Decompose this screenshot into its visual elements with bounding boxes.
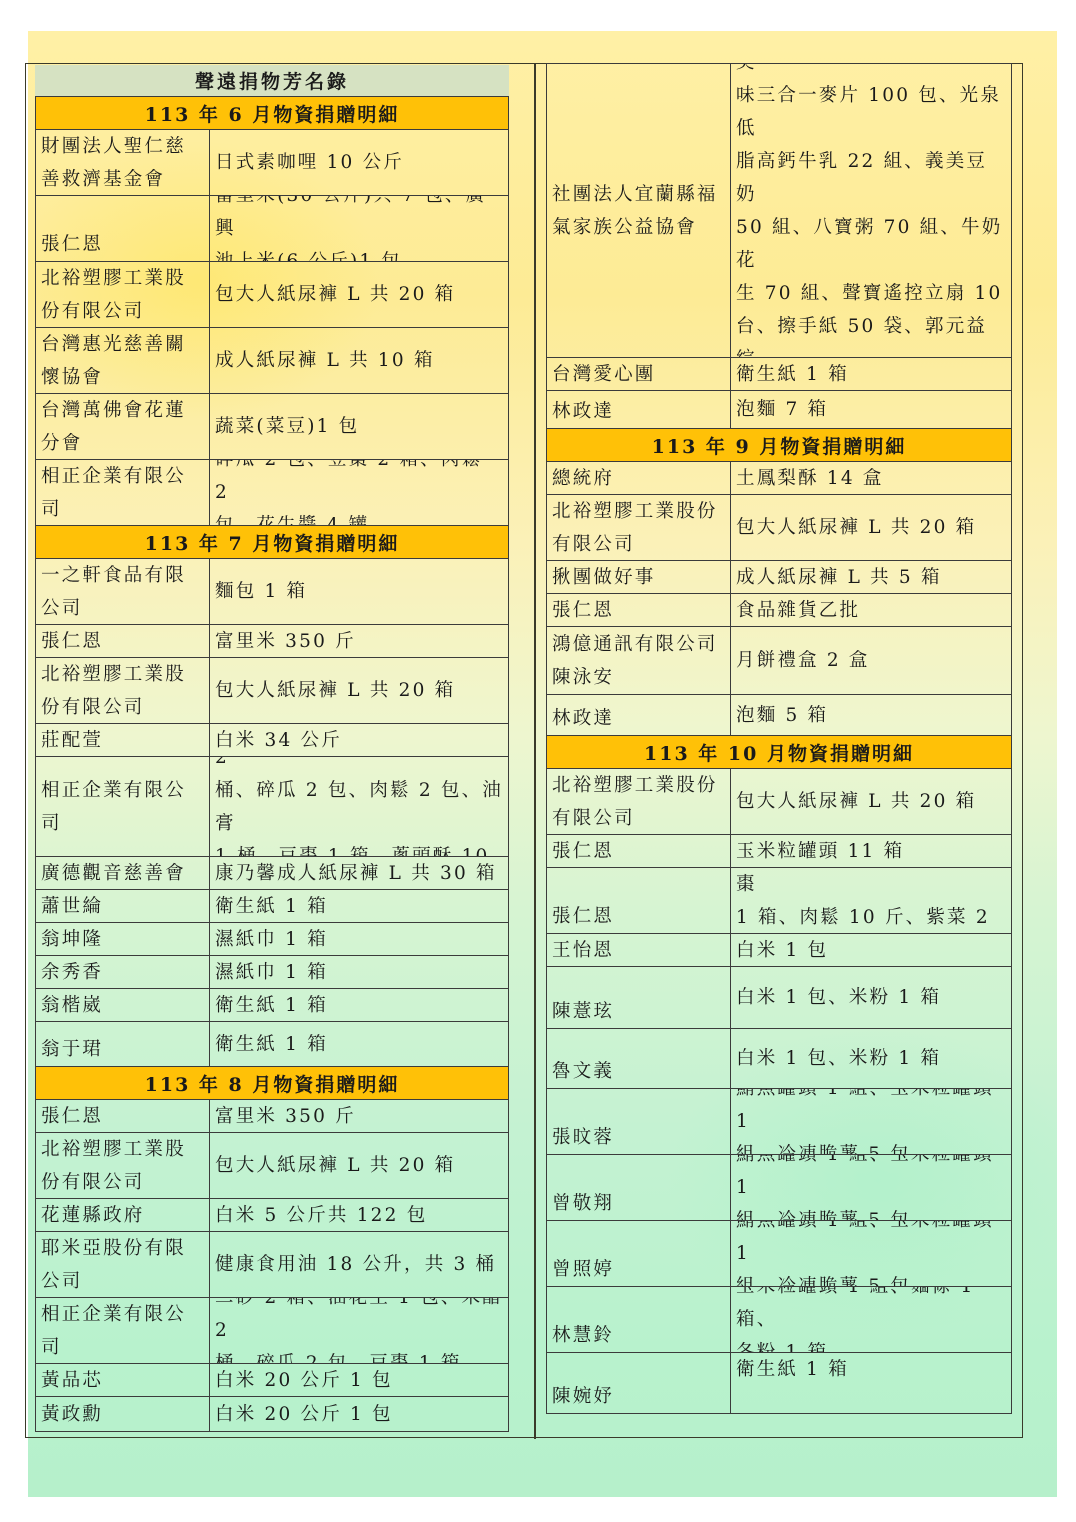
donor-name: 余秀香 bbox=[35, 956, 210, 988]
table-row: 北裕塑膠工業股 份有限公司 包大人紙尿褲 L 共 20 箱 bbox=[35, 658, 509, 724]
donated-items: 成人紙尿褲 L 共 5 箱 bbox=[731, 561, 1012, 593]
donor-name: 曾照婷 bbox=[546, 1221, 731, 1286]
donated-items: 濕紙巾 1 箱 bbox=[210, 923, 509, 955]
donor-name: 北裕塑膠工業股 份有限公司 bbox=[35, 1133, 210, 1198]
table-row: 相正企業有限公 司 碎瓜 2 包、豆棗 2 箱、肉鬆 2 包、花生醬 4 罐 bbox=[35, 460, 509, 526]
donated-items: 白米 1 包、米粉 1 箱 bbox=[731, 1029, 1012, 1088]
donor-name: 張仁恩 bbox=[546, 835, 731, 867]
donor-name: 林政達 bbox=[546, 695, 731, 735]
donated-items: 白米 34 公斤 bbox=[210, 724, 509, 756]
donor-name: 黃政勳 bbox=[35, 1397, 210, 1431]
table-row: 台灣萬佛會花蓮 分會 蔬菜(菜豆)1 包 bbox=[35, 394, 509, 460]
table-row: 相正企業有限公 司 二砂 2 箱、沙拉油 2 桶、米醋 2 桶、碎瓜 2 包、肉… bbox=[35, 757, 509, 857]
donated-items: 泡麵 7 箱 bbox=[731, 391, 1012, 428]
donated-items: 包大人紙尿褲 L 共 20 箱 bbox=[731, 769, 1012, 834]
table-row: 莊配萱 白米 34 公斤 bbox=[35, 724, 509, 757]
table-row: 北裕塑膠工業股 份有限公司 包大人紙尿褲 L 共 20 箱 bbox=[35, 1133, 509, 1199]
table-row: 張仁恩 富里米 350 斤 bbox=[35, 1100, 509, 1133]
table-row: 財團法人聖仁慈 善救濟基金會 日式素咖哩 10 公斤 bbox=[35, 130, 509, 196]
table-row: 北裕塑膠工業股 份有限公司 包大人紙尿褲 L 共 20 箱 bbox=[35, 262, 509, 328]
donated-items: 健康食用油 18 公升，共 3 桶 bbox=[210, 1232, 509, 1297]
donated-items: 衛生紙 1 箱 bbox=[210, 989, 509, 1021]
donor-name: 張仁恩 bbox=[546, 868, 731, 933]
table-row: 北裕塑膠工業股份 有限公司 包大人紙尿褲 L 共 20 箱 bbox=[546, 769, 1012, 835]
donor-name: 莊配萱 bbox=[35, 724, 210, 756]
table-row: 林政達 泡麵 7 箱 bbox=[546, 391, 1012, 429]
donor-name: 財團法人聖仁慈 善救濟基金會 bbox=[35, 130, 210, 195]
donor-name: 張仁恩 bbox=[35, 625, 210, 657]
table-row: 台灣惠光慈善關 懷協會 成人紙尿褲 L 共 10 箱 bbox=[35, 328, 509, 394]
month-header-july: 113 年 7 月物資捐贈明細 bbox=[35, 526, 509, 559]
donated-items: 鮪魚罐頭 1 組、玉米粒罐頭 1 組、冷凍脆薯 5 包 bbox=[731, 1155, 1012, 1220]
donated-items: 二砂 2 箱、油花生 1 包、米醋 2 桶、碎瓜 2 包、豆棗 1 箱 bbox=[210, 1298, 509, 1363]
left-column: 聲遠捐物芳名錄 113 年 6 月物資捐贈明細 財團法人聖仁慈 善救濟基金會 日… bbox=[35, 65, 509, 1432]
table-row: 張仁恩 富里米 350 斤 bbox=[35, 625, 509, 658]
table-row: 總統府 土鳳梨酥 14 盒 bbox=[546, 462, 1012, 495]
table-row: 魯文義 白米 1 包、米粉 1 箱 bbox=[546, 1029, 1012, 1089]
donated-items: 月餅禮盒 2 盒 bbox=[731, 627, 1012, 694]
donated-items: 白米 1 包 bbox=[731, 934, 1012, 966]
donor-name: 王怡恩 bbox=[546, 934, 731, 966]
table-row: 林慧鈴 玉米粒罐頭 1 組、麵條 1 箱、 冬粉 1 箱 bbox=[546, 1287, 1012, 1353]
table-row: 曾敬翔 鮪魚罐頭 1 組、玉米粒罐頭 1 組、冷凍脆薯 5 包 bbox=[546, 1155, 1012, 1221]
donor-name: 翁坤隆 bbox=[35, 923, 210, 955]
donated-items: 衛生紙 1 箱 bbox=[210, 1022, 509, 1066]
right-column: 社團法人宜蘭縣福 氣家族公益協會 好奇超純水濕巾 100 袋、桂格 每日營養穀珍… bbox=[546, 63, 1012, 1414]
donor-name: 花蓮縣政府 bbox=[35, 1199, 210, 1231]
donor-name: 蕭世綸 bbox=[35, 890, 210, 922]
table-row: 蕭世綸 衛生紙 1 箱 bbox=[35, 890, 509, 923]
donated-items: 白米 5 公斤共 122 包 bbox=[210, 1199, 509, 1231]
donated-items: 好奇超純水濕巾 100 袋、桂格 每日營養穀珍 100 包、桂格美 味三合一麥片… bbox=[731, 64, 1012, 357]
table-row: 陳婉妤 衛生紙 1 箱 bbox=[546, 1353, 1012, 1414]
month-header-june: 113 年 6 月物資捐贈明細 bbox=[35, 97, 509, 130]
table-row: 揪團做好事 成人紙尿褲 L 共 5 箱 bbox=[546, 561, 1012, 594]
donor-name: 張仁恩 bbox=[35, 196, 210, 261]
donor-name: 一之軒食品有限 公司 bbox=[35, 559, 210, 624]
table-row: 王怡恩 白米 1 包 bbox=[546, 934, 1012, 967]
donor-name: 鴻億通訊有限公司 陳泳安 bbox=[546, 627, 731, 694]
donor-name: 張仁恩 bbox=[546, 594, 731, 626]
donated-items: 土鳳梨酥 14 盒 bbox=[731, 462, 1012, 494]
donor-name: 總統府 bbox=[546, 462, 731, 494]
document-title-text: 聲遠捐物芳名錄 bbox=[195, 67, 349, 94]
table-row: 黃政勳 白米 20 公斤 1 包 bbox=[35, 1397, 509, 1432]
donated-items: 衛生紙 1 箱 bbox=[731, 358, 1012, 390]
donated-items: 成人紙尿褲 L 共 10 箱 bbox=[210, 328, 509, 393]
donated-items: 鮪魚罐頭 1 組、玉米粒罐頭 1 組、冷凍脆薯 5 包 bbox=[731, 1089, 1012, 1154]
donor-name: 林慧鈴 bbox=[546, 1287, 731, 1352]
table-row: 翁楷崴 衛生紙 1 箱 bbox=[35, 989, 509, 1022]
donated-items: 鮪魚罐頭 1 組、玉米粒罐頭 1 組、冷凍脆薯 5 包 bbox=[731, 1221, 1012, 1286]
donated-items: 包大人紙尿褲 L 共 20 箱 bbox=[210, 262, 509, 327]
donated-items: 康乃馨成人紙尿褲 L 共 30 箱 bbox=[210, 857, 509, 889]
table-row: 翁坤隆 濕紙巾 1 箱 bbox=[35, 923, 509, 956]
donor-name: 陳婉妤 bbox=[546, 1353, 731, 1413]
table-row: 台灣愛心團 衛生紙 1 箱 bbox=[546, 358, 1012, 391]
donor-name: 北裕塑膠工業股份 有限公司 bbox=[546, 495, 731, 560]
donated-items: 富里米 350 斤 bbox=[210, 1100, 509, 1132]
donor-name: 廣德觀音慈善會 bbox=[35, 857, 210, 889]
donor-name: 翁于珺 bbox=[35, 1022, 210, 1066]
column-divider bbox=[534, 63, 536, 1439]
donated-items: 包大人紙尿褲 L 共 20 箱 bbox=[731, 495, 1012, 560]
donor-name: 揪團做好事 bbox=[546, 561, 731, 593]
donated-items: 碎瓜 3 包、花生醬 2 罐、豆棗 1 箱、肉鬆 10 斤、紫菜 2 包 bbox=[731, 868, 1012, 933]
donor-name: 台灣惠光慈善關 懷協會 bbox=[35, 328, 210, 393]
donated-items: 白米 1 包、米粉 1 箱 bbox=[731, 967, 1012, 1028]
donated-items: 富里米(30 公斤)共 7 包、廣興 池上米(6 公斤)1 包 bbox=[210, 196, 509, 261]
table-row: 一之軒食品有限 公司 麵包 1 箱 bbox=[35, 559, 509, 625]
donated-items: 日式素咖哩 10 公斤 bbox=[210, 130, 509, 195]
month-header-september: 113 年 9 月物資捐贈明細 bbox=[546, 429, 1012, 462]
donor-name: 社團法人宜蘭縣福 氣家族公益協會 bbox=[546, 64, 731, 357]
donated-items: 二砂 2 箱、沙拉油 2 桶、米醋 2 桶、碎瓜 2 包、肉鬆 2 包、油膏 1… bbox=[210, 757, 509, 856]
donated-items: 玉米粒罐頭 1 組、麵條 1 箱、 冬粉 1 箱 bbox=[731, 1287, 1012, 1352]
donated-items: 濕紙巾 1 箱 bbox=[210, 956, 509, 988]
table-row: 花蓮縣政府 白米 5 公斤共 122 包 bbox=[35, 1199, 509, 1232]
donated-items: 富里米 350 斤 bbox=[210, 625, 509, 657]
donated-items: 泡麵 5 箱 bbox=[731, 695, 1012, 735]
donated-items: 白米 20 公斤 1 包 bbox=[210, 1397, 509, 1431]
donor-name: 台灣愛心團 bbox=[546, 358, 731, 390]
table-row: 耶米亞股份有限 公司 健康食用油 18 公升，共 3 桶 bbox=[35, 1232, 509, 1298]
table-row: 張仁恩 玉米粒罐頭 11 箱 bbox=[546, 835, 1012, 868]
donated-items: 衛生紙 1 箱 bbox=[210, 890, 509, 922]
table-row: 北裕塑膠工業股份 有限公司 包大人紙尿褲 L 共 20 箱 bbox=[546, 495, 1012, 561]
donor-name: 翁楷崴 bbox=[35, 989, 210, 1021]
table-row: 曾照婷 鮪魚罐頭 1 組、玉米粒罐頭 1 組、冷凍脆薯 5 包 bbox=[546, 1221, 1012, 1287]
donated-items: 蔬菜(菜豆)1 包 bbox=[210, 394, 509, 459]
donor-name: 相正企業有限公 司 bbox=[35, 757, 210, 856]
donor-name: 北裕塑膠工業股 份有限公司 bbox=[35, 262, 210, 327]
document-title: 聲遠捐物芳名錄 bbox=[35, 65, 509, 97]
table-row: 張仁恩 富里米(30 公斤)共 7 包、廣興 池上米(6 公斤)1 包 bbox=[35, 196, 509, 262]
table-row: 張旼蓉 鮪魚罐頭 1 組、玉米粒罐頭 1 組、冷凍脆薯 5 包 bbox=[546, 1089, 1012, 1155]
month-header-august: 113 年 8 月物資捐贈明細 bbox=[35, 1067, 509, 1100]
table-row: 鴻億通訊有限公司 陳泳安 月餅禮盒 2 盒 bbox=[546, 627, 1012, 695]
donated-items: 包大人紙尿褲 L 共 20 箱 bbox=[210, 658, 509, 723]
donor-name: 陳薏玹 bbox=[546, 967, 731, 1028]
donated-items: 麵包 1 箱 bbox=[210, 559, 509, 624]
donor-name: 曾敬翔 bbox=[546, 1155, 731, 1220]
table-row: 相正企業有限公 司 二砂 2 箱、油花生 1 包、米醋 2 桶、碎瓜 2 包、豆… bbox=[35, 1298, 509, 1364]
table-row: 林政達 泡麵 5 箱 bbox=[546, 695, 1012, 736]
table-row: 社團法人宜蘭縣福 氣家族公益協會 好奇超純水濕巾 100 袋、桂格 每日營養穀珍… bbox=[546, 63, 1012, 358]
donated-items: 衛生紙 1 箱 bbox=[731, 1353, 1012, 1413]
table-row: 陳薏玹 白米 1 包、米粉 1 箱 bbox=[546, 967, 1012, 1029]
table-row: 張仁恩 食品雜貨乙批 bbox=[546, 594, 1012, 627]
donor-name: 魯文義 bbox=[546, 1029, 731, 1088]
donated-items: 碎瓜 2 包、豆棗 2 箱、肉鬆 2 包、花生醬 4 罐 bbox=[210, 460, 509, 525]
donor-name: 林政達 bbox=[546, 391, 731, 428]
table-row: 翁于珺 衛生紙 1 箱 bbox=[35, 1022, 509, 1067]
donated-items: 玉米粒罐頭 11 箱 bbox=[731, 835, 1012, 867]
donor-name: 台灣萬佛會花蓮 分會 bbox=[35, 394, 210, 459]
table-row: 廣德觀音慈善會 康乃馨成人紙尿褲 L 共 30 箱 bbox=[35, 857, 509, 890]
donor-name: 耶米亞股份有限 公司 bbox=[35, 1232, 210, 1297]
donated-items: 包大人紙尿褲 L 共 20 箱 bbox=[210, 1133, 509, 1198]
table-row: 余秀香 濕紙巾 1 箱 bbox=[35, 956, 509, 989]
donor-name: 相正企業有限公 司 bbox=[35, 1298, 210, 1363]
month-header-october: 113 年 10 月物資捐贈明細 bbox=[546, 736, 1012, 769]
donor-name: 北裕塑膠工業股份 有限公司 bbox=[546, 769, 731, 834]
donor-name: 相正企業有限公 司 bbox=[35, 460, 210, 525]
donor-name: 張仁恩 bbox=[35, 1100, 210, 1132]
table-row: 張仁恩 碎瓜 3 包、花生醬 2 罐、豆棗 1 箱、肉鬆 10 斤、紫菜 2 包 bbox=[546, 868, 1012, 934]
donated-items: 食品雜貨乙批 bbox=[731, 594, 1012, 626]
donor-name: 北裕塑膠工業股 份有限公司 bbox=[35, 658, 210, 723]
donor-name: 黃品芯 bbox=[35, 1364, 210, 1396]
donor-name: 張旼蓉 bbox=[546, 1089, 731, 1154]
donated-items: 白米 20 公斤 1 包 bbox=[210, 1364, 509, 1396]
table-row: 黃品芯 白米 20 公斤 1 包 bbox=[35, 1364, 509, 1397]
